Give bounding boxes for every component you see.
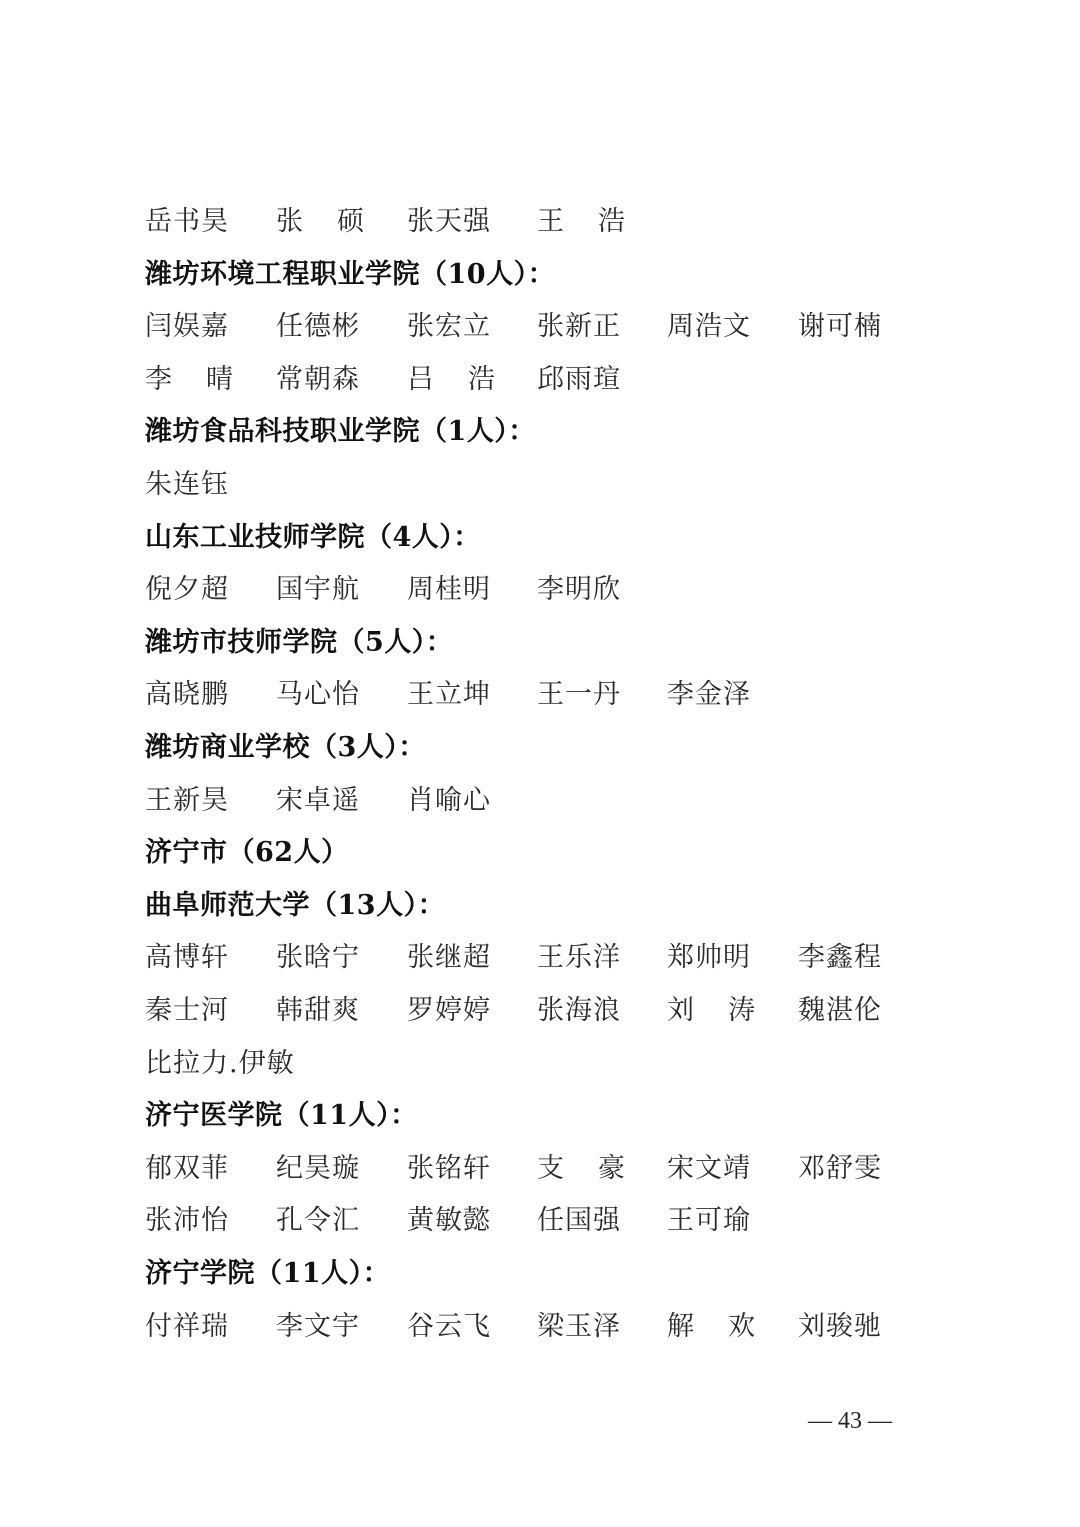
person-name: 王可瑜 (667, 1201, 751, 1241)
person-name: 王新昊 (145, 781, 229, 821)
person-name: 刘涛 (667, 991, 789, 1031)
section-heading: 济宁市（62人） (145, 833, 349, 873)
person-name: 张硕 (276, 202, 398, 242)
section-heading: 潍坊市技师学院（5人）： (145, 623, 453, 663)
section-heading: 潍坊商业学校（3人）： (145, 728, 426, 768)
person-name: 纪昊璇 (276, 1149, 360, 1189)
person-name: 刘骏驰 (798, 1307, 882, 1347)
person-name: 付祥瑞 (145, 1307, 229, 1347)
person-name: 谢可楠 (798, 307, 882, 347)
person-name: 张宏立 (407, 307, 491, 347)
section-heading: 潍坊食品科技职业学院（1人）： (145, 412, 536, 452)
section-heading: 济宁医学院（11人）： (145, 1096, 418, 1136)
person-name: 秦士河 (145, 991, 229, 1031)
person-name: 李金泽 (667, 675, 751, 715)
person-name: 国宇航 (276, 570, 360, 610)
person-name: 王立坤 (407, 675, 491, 715)
person-name: 邓舒雯 (798, 1149, 882, 1189)
person-name: 罗婷婷 (407, 991, 491, 1031)
person-name: 谷云飞 (407, 1307, 491, 1347)
person-name: 李文宇 (276, 1307, 360, 1347)
person-name: 高晓鹏 (145, 675, 229, 715)
page-number: — 43 — (808, 1406, 892, 1436)
person-name: 李明欣 (537, 570, 621, 610)
person-name: 支豪 (537, 1149, 659, 1189)
person-name: 李鑫程 (798, 938, 882, 978)
person-name: 李晴 (145, 360, 267, 400)
person-name: 王一丹 (537, 675, 621, 715)
person-name: 任德彬 (276, 307, 360, 347)
person-name: 闫娱嘉 (145, 307, 229, 347)
document-page: 岳书昊张硕张天强王浩潍坊环境工程职业学院（10人）：闫娱嘉任德彬张宏立张新正周浩… (0, 0, 1080, 1527)
person-name: 孔令汇 (276, 1201, 360, 1241)
person-name: 肖喻心 (407, 781, 491, 821)
person-name: 比拉力.伊敏 (145, 1044, 295, 1084)
person-name: 宋卓遥 (276, 781, 360, 821)
person-name: 马心怡 (276, 675, 360, 715)
person-name: 常朝森 (276, 360, 360, 400)
person-name: 吕浩 (407, 360, 529, 400)
person-name: 高博轩 (145, 938, 229, 978)
person-name: 王乐洋 (537, 938, 621, 978)
person-name: 任国强 (537, 1201, 621, 1241)
person-name: 王浩 (537, 202, 659, 242)
section-heading: 潍坊环境工程职业学院（10人）： (145, 255, 555, 295)
person-name: 张晗宁 (276, 938, 360, 978)
person-name: 张铭轩 (407, 1149, 491, 1189)
person-name: 张沛怡 (145, 1201, 229, 1241)
person-name: 郁双菲 (145, 1149, 229, 1189)
person-name: 张海浪 (537, 991, 621, 1031)
person-name: 郑帅明 (667, 938, 751, 978)
person-name: 魏湛伦 (798, 991, 882, 1031)
person-name: 岳书昊 (145, 202, 229, 242)
person-name: 邱雨瑄 (537, 360, 621, 400)
person-name: 周桂明 (407, 570, 491, 610)
person-name: 梁玉泽 (537, 1307, 621, 1347)
person-name: 张继超 (407, 938, 491, 978)
section-heading: 曲阜师范大学（13人）： (145, 886, 445, 926)
person-name: 张天强 (407, 202, 491, 242)
person-name: 解欢 (667, 1307, 789, 1347)
person-name: 张新正 (537, 307, 621, 347)
section-heading: 济宁学院（11人）： (145, 1254, 390, 1294)
person-name: 宋文靖 (667, 1149, 751, 1189)
person-name: 黄敏懿 (407, 1201, 491, 1241)
person-name: 周浩文 (667, 307, 751, 347)
person-name: 韩甜爽 (276, 991, 360, 1031)
person-name: 倪夕超 (145, 570, 229, 610)
person-name: 朱连钰 (145, 465, 229, 505)
section-heading: 山东工业技师学院（4人）： (145, 518, 481, 558)
